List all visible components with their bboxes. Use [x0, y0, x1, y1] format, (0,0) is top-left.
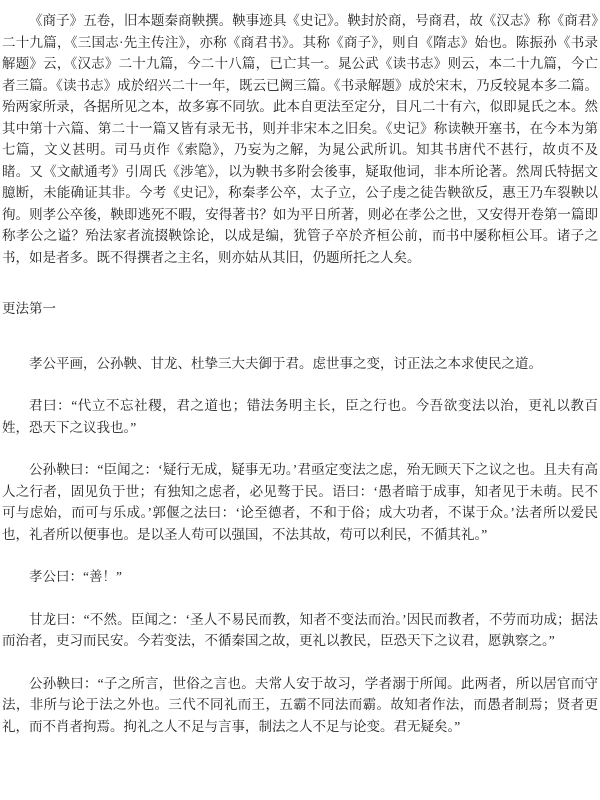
- body-paragraph-1: 孝公平画，公孙鞅、甘龙、杜挚三大夫御于君。虑世事之变，讨正法之本求使民之道。: [2, 353, 598, 375]
- body-paragraph-2: 君曰：“代立不忘社稷，君之道也；错法务明主长，臣之行也。今吾欲变法以治，更礼以教…: [2, 395, 598, 438]
- body-paragraph-4: 孝公曰：“善！”: [2, 566, 598, 588]
- document-page: 《商子》五卷，旧本题秦商鞅撰。鞅事迹具《史记》。鞅封於商，号商君，故《汉志》称《…: [0, 0, 600, 766]
- section-title: 更法第一: [2, 298, 598, 320]
- body-paragraph-3: 公孙鞅曰：“臣闻之：‘疑行无成，疑事无功。’君亟定变法之虑，殆无顾天下之议之也。…: [2, 459, 598, 545]
- preface-paragraph: 《商子》五卷，旧本题秦商鞅撰。鞅事迹具《史记》。鞅封於商，号商君，故《汉志》称《…: [2, 10, 598, 268]
- body-paragraph-5: 甘龙曰：“不然。臣闻之：‘圣人不易民而教，知者不变法而治。’因民而教者，不劳而功…: [2, 609, 598, 652]
- body-paragraph-6: 公孙鞅曰：“子之所言，世俗之言也。夫常人安于故习，学者溺于所闻。此两者，所以居官…: [2, 673, 598, 738]
